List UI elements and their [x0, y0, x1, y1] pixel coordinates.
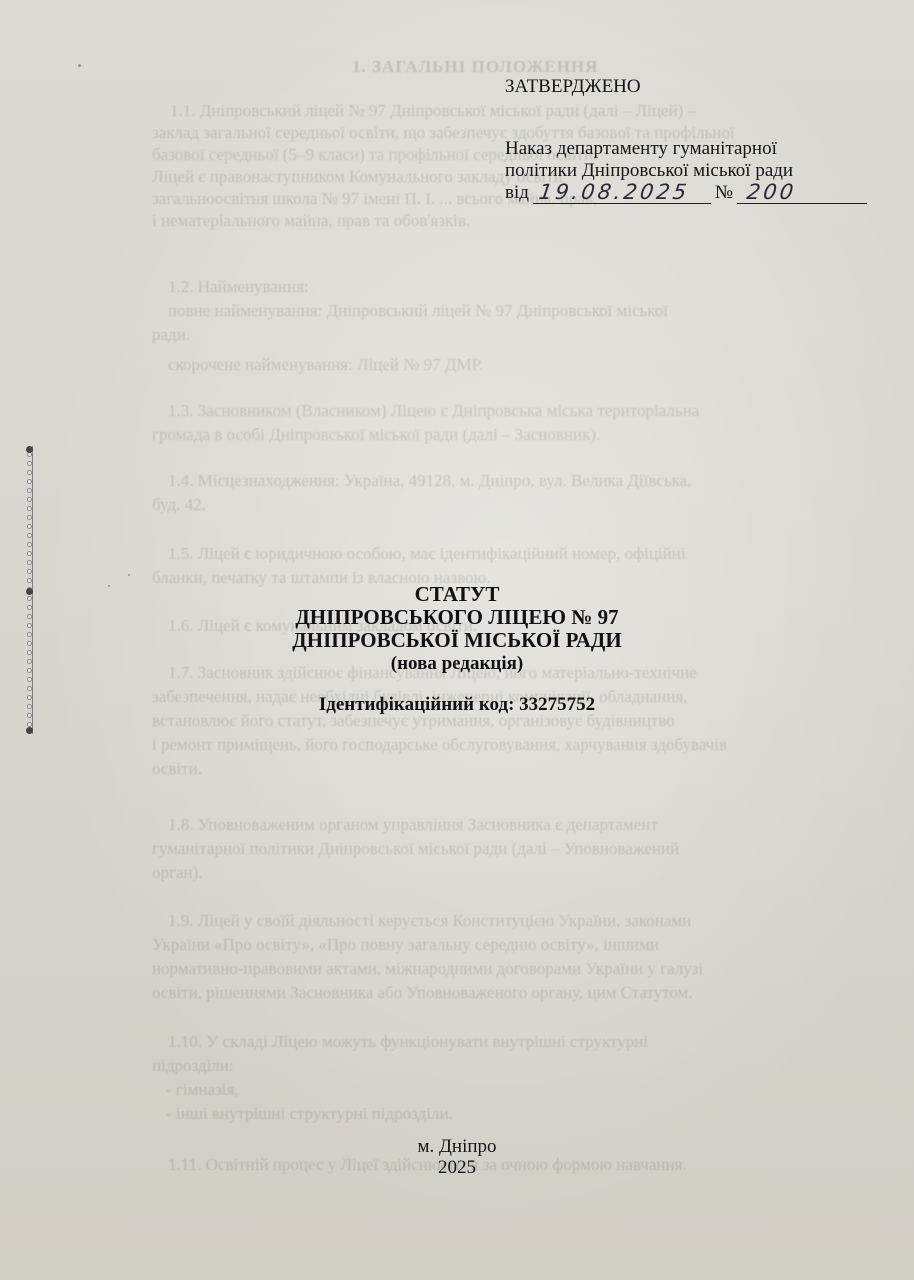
order-number-handwritten: 200: [746, 181, 798, 203]
order-date-field: 19.08.2025: [533, 183, 711, 204]
title-edition: (нова редакція): [0, 652, 914, 675]
approval-block: ЗАТВЕРДЖЕНО Наказ департаменту гуманітар…: [505, 76, 867, 204]
place-and-year: м. Дніпро 2025: [0, 1136, 914, 1178]
paper-speck: [78, 64, 81, 67]
approved-label: ЗАТВЕРДЖЕНО: [505, 76, 867, 98]
paper-speck: [128, 574, 130, 576]
order-number-field: 200: [737, 183, 867, 204]
date-prefix: від: [505, 182, 529, 204]
title-lyceum-name: ДНІПРОВСЬКОГО ЛІЦЕЮ № 97: [0, 606, 914, 629]
city-name: м. Дніпро: [0, 1136, 914, 1157]
document-title-block: СТАТУТ ДНІПРОВСЬКОГО ЛІЦЕЮ № 97 ДНІПРОВС…: [0, 583, 914, 716]
identification-code: Ідентифікаційний код: 33275752: [0, 693, 914, 716]
order-date-handwritten: 19.08.2025: [537, 181, 690, 203]
order-issuer-line-2: політики Дніпровської міської ради: [505, 160, 867, 182]
order-date-number-line: від 19.08.2025 № 200: [505, 182, 867, 204]
number-sign: №: [715, 182, 733, 204]
year: 2025: [0, 1157, 914, 1178]
title-council-name: ДНІПРОВСЬКОЇ МІСЬКОЇ РАДИ: [0, 629, 914, 652]
title-statute: СТАТУТ: [0, 583, 914, 606]
order-issuer-line-1: Наказ департаменту гуманітарної: [505, 138, 867, 160]
